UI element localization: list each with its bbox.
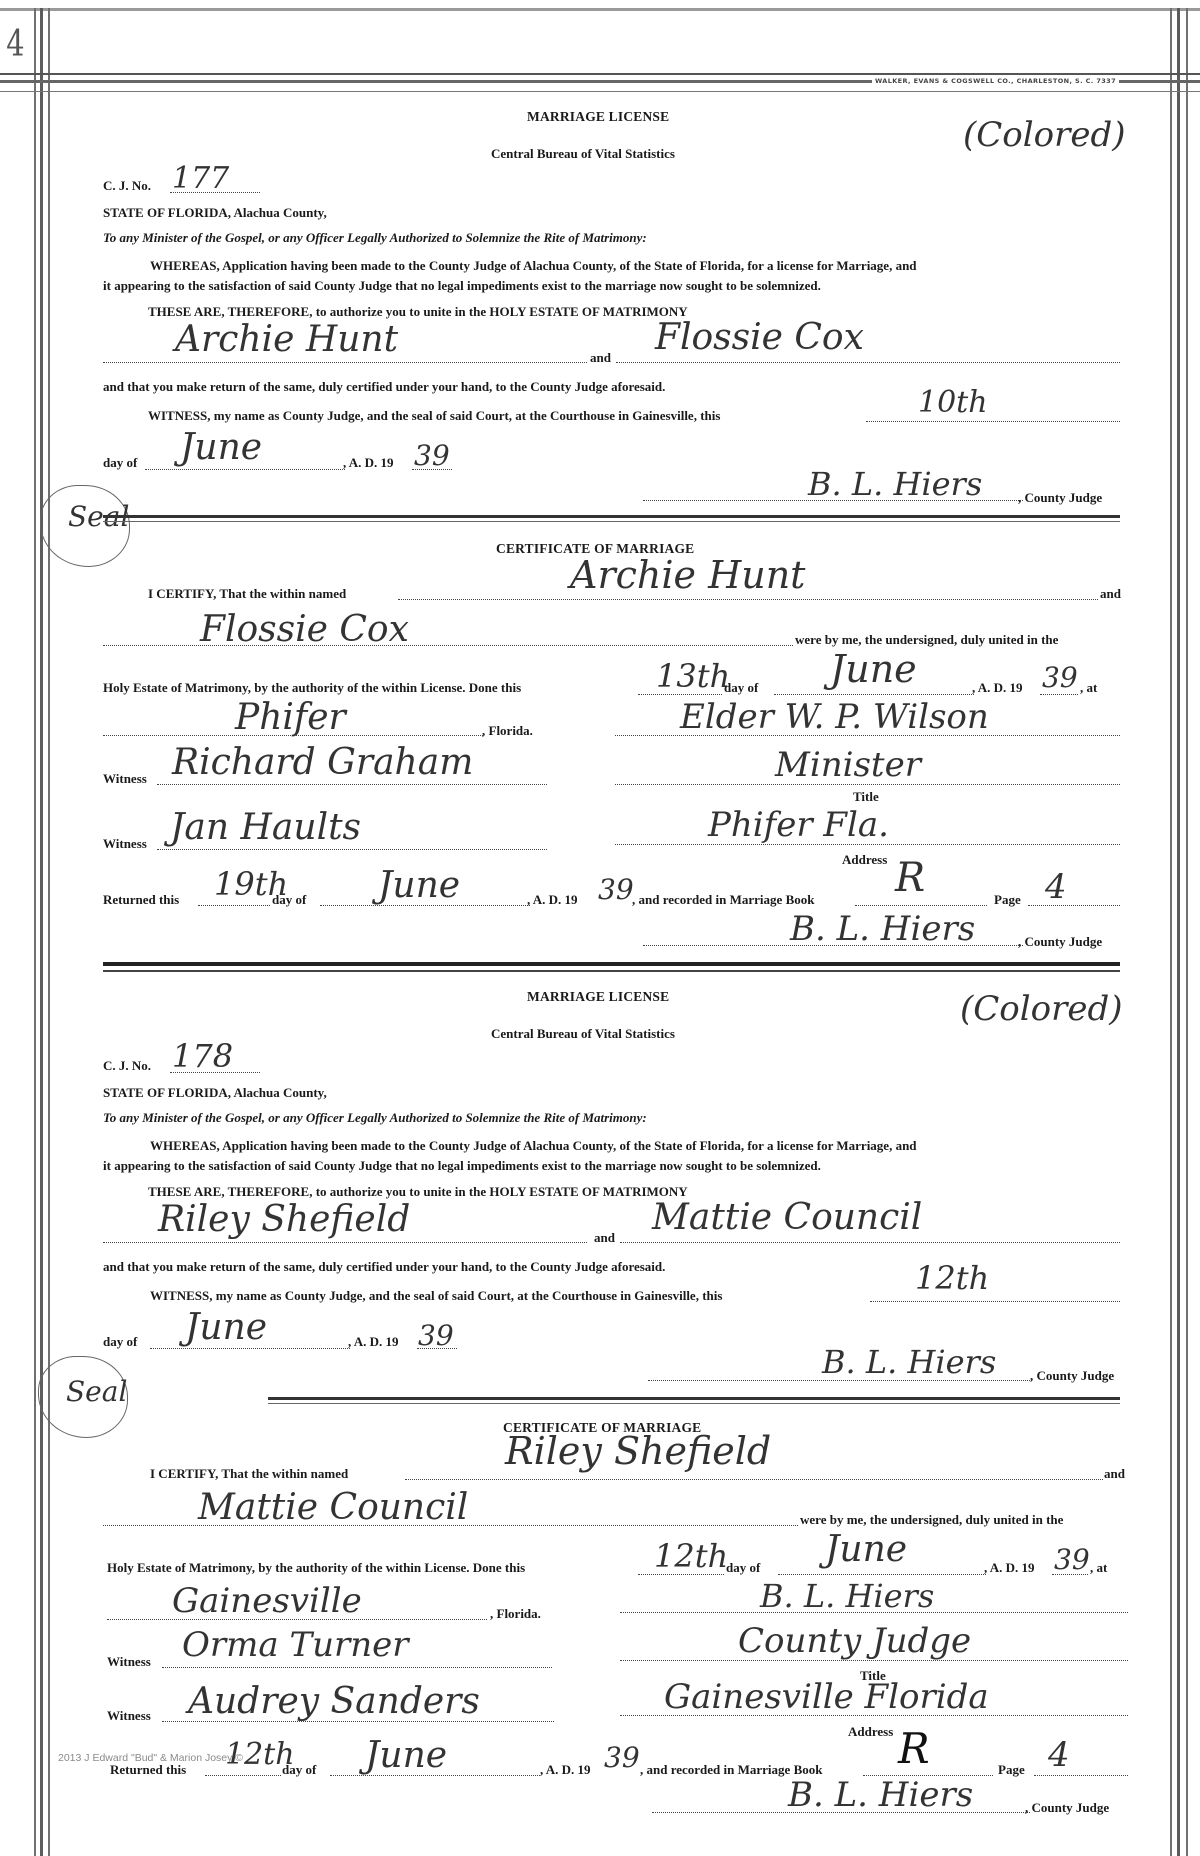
day-of-label: day of xyxy=(272,892,306,908)
county-judge-label: , County Judge xyxy=(1018,490,1102,506)
day-of-label: day of xyxy=(726,1560,760,1576)
place-name: Gainesville xyxy=(172,1584,362,1618)
cert-groom-name: Archie Hunt xyxy=(570,556,805,594)
certify-label: I CERTIFY, That the within named xyxy=(150,1466,348,1482)
page-number: 4 xyxy=(6,24,24,65)
page-value: 4 xyxy=(1048,1738,1070,1772)
printer-imprint: WALKER, EVANS & COGSWELL CO., CHARLESTON… xyxy=(872,77,1119,85)
title-label: Title xyxy=(853,789,879,805)
page-value: 4 xyxy=(1045,870,1067,904)
witness-1-line xyxy=(162,1667,552,1668)
page-label: Page xyxy=(994,892,1021,908)
bureau-label: Central Bureau of Vital Statistics xyxy=(491,1026,675,1042)
witness-1-label: Witness xyxy=(103,771,147,787)
married-day: 13th xyxy=(656,660,730,692)
witness-1-label: Witness xyxy=(107,1654,151,1670)
cert-groom-line xyxy=(398,599,1098,600)
county-judge-label: , County Judge xyxy=(1025,1800,1109,1816)
left-border-line xyxy=(40,8,43,1856)
florida-label: , Florida. xyxy=(490,1606,541,1622)
witness-2-label: Witness xyxy=(103,836,147,852)
license-day: 10th xyxy=(918,388,988,418)
witness-clause: WITNESS, my name as County Judge, and th… xyxy=(150,1288,722,1304)
ad-label: , A. D. 19 xyxy=(540,1762,591,1778)
whereas-line-1: WHEREAS, Application having been made to… xyxy=(150,258,917,274)
were-by-me-label: were by me, the undersigned, duly united… xyxy=(795,632,1058,648)
right-border-line xyxy=(1186,8,1188,1856)
married-month-line xyxy=(774,694,974,695)
race-note: (Colored) xyxy=(963,118,1126,152)
license-year: 39 xyxy=(418,1322,454,1350)
officiant-title: Minister xyxy=(775,748,921,782)
state-line: STATE OF FLORIDA, Alachua County, xyxy=(103,205,327,221)
witness-1-line xyxy=(157,784,547,785)
cert-groom-name: Riley Shefield xyxy=(505,1432,771,1470)
officiant-name: Elder W. P. Wilson xyxy=(680,700,989,734)
groom-line xyxy=(103,1242,587,1243)
return-instruction: and that you make return of the same, du… xyxy=(103,1259,665,1275)
return-judge-signature: B. L. Hiers xyxy=(788,1778,973,1812)
married-year: 39 xyxy=(1054,1546,1090,1574)
license-title: MARRIAGE LICENSE xyxy=(527,989,669,1005)
ad-label: , A. D. 19 xyxy=(527,892,578,908)
witness-1-name: Richard Graham xyxy=(172,745,473,781)
judge-signature: B. L. Hiers xyxy=(808,468,982,500)
section-divider xyxy=(103,515,1120,522)
left-border-line xyxy=(34,8,36,1856)
married-year-line xyxy=(1040,694,1078,695)
holy-estate-label: Holy Estate of Matrimony, by the authori… xyxy=(107,1560,525,1576)
record-divider xyxy=(103,962,1120,966)
book-line xyxy=(855,905,987,906)
right-border-line xyxy=(1170,8,1172,1856)
returned-month: June xyxy=(378,868,460,904)
witness-clause: WITNESS, my name as County Judge, and th… xyxy=(148,408,720,424)
florida-label: , Florida. xyxy=(482,723,533,739)
page-line xyxy=(1034,1775,1128,1776)
header-rule xyxy=(0,73,1200,75)
recorded-label: , and recorded in Marriage Book xyxy=(632,892,814,908)
and-label: and xyxy=(590,350,611,366)
and-label: and xyxy=(594,1230,615,1246)
license-month-line xyxy=(150,1348,350,1349)
returned-month: June xyxy=(365,1738,447,1774)
left-border-line xyxy=(48,8,50,1856)
ad-label: , A. D. 19 xyxy=(343,455,394,471)
day-of-label: day of xyxy=(724,680,758,696)
returned-year: 39 xyxy=(604,1744,640,1772)
race-note: (Colored) xyxy=(960,992,1123,1026)
license-year: 39 xyxy=(414,442,450,470)
right-border-line xyxy=(1177,8,1180,1856)
groom-name: Riley Shefield xyxy=(158,1202,410,1238)
place-name: Phifer xyxy=(235,700,346,736)
and-label: and xyxy=(1100,586,1121,602)
page-line xyxy=(1028,905,1120,906)
officiant-name: B. L. Hiers xyxy=(760,1580,934,1612)
bride-line xyxy=(616,362,1120,363)
were-by-me-label: were by me, the undersigned, duly united… xyxy=(800,1512,1063,1528)
witness-2-name: Jan Haults xyxy=(170,810,361,846)
state-line: STATE OF FLORIDA, Alachua County, xyxy=(103,1085,327,1101)
witness-1-name: Orma Turner xyxy=(182,1628,409,1662)
ad-label: , A. D. 19 xyxy=(972,680,1023,696)
page-top-edge xyxy=(0,8,1200,11)
addressee-line: To any Minister of the Gospel, or any Of… xyxy=(103,1110,647,1126)
authorization-line: THESE ARE, THEREFORE, to authorize you t… xyxy=(148,1184,688,1200)
officiant-address: Phifer Fla. xyxy=(708,808,889,842)
cj-number-label: C. J. No. xyxy=(103,1058,151,1074)
book-value: R xyxy=(895,858,925,898)
return-judge-signature: B. L. Hiers xyxy=(790,912,975,946)
record-divider xyxy=(103,970,1120,972)
returned-this-label: Returned this xyxy=(103,892,179,908)
married-day: 12th xyxy=(654,1540,728,1572)
certify-label: I CERTIFY, That the within named xyxy=(148,586,346,602)
bride-name: Mattie Council xyxy=(652,1200,922,1236)
whereas-line-2: it appearing to the satisfaction of said… xyxy=(103,278,821,294)
day-of-label: day of xyxy=(103,455,137,471)
witness-2-line xyxy=(157,849,547,850)
ad-label: , A. D. 19 xyxy=(348,1334,399,1350)
bureau-label: Central Bureau of Vital Statistics xyxy=(491,146,675,162)
address-label: Address xyxy=(848,1724,893,1740)
officiant-title: County Judge xyxy=(738,1624,971,1658)
and-label: and xyxy=(1104,1466,1125,1482)
bride-name: Flossie Cox xyxy=(655,320,864,356)
county-judge-label: , County Judge xyxy=(1030,1368,1114,1384)
license-title: MARRIAGE LICENSE xyxy=(527,109,669,125)
witness-2-label: Witness xyxy=(107,1708,151,1724)
holy-estate-label: Holy Estate of Matrimony, by the authori… xyxy=(103,680,521,696)
ad-label: , A. D. 19 xyxy=(984,1560,1035,1576)
day-of-label: day of xyxy=(282,1762,316,1778)
header-rule xyxy=(0,91,1200,92)
cj-number-value: 177 xyxy=(172,164,229,194)
license-day: 12th xyxy=(915,1262,989,1294)
section-divider xyxy=(268,1397,1120,1404)
whereas-line-1: WHEREAS, Application having been made to… xyxy=(150,1138,917,1154)
page-label: Page xyxy=(998,1762,1025,1778)
cert-groom-line xyxy=(405,1479,1103,1480)
groom-line xyxy=(103,362,587,363)
license-day-line xyxy=(870,1301,1120,1302)
officiant-address: Gainesville Florida xyxy=(664,1680,989,1714)
license-month: June xyxy=(185,1310,267,1346)
at-label: , at xyxy=(1090,1560,1107,1576)
at-label: , at xyxy=(1080,680,1097,696)
whereas-line-2: it appearing to the satisfaction of said… xyxy=(103,1158,821,1174)
returned-day-line xyxy=(205,1775,281,1776)
book-value: R xyxy=(898,1728,930,1770)
bride-line xyxy=(620,1242,1120,1243)
license-month: June xyxy=(180,430,262,466)
cert-bride-name: Flossie Cox xyxy=(200,612,409,648)
married-month: June xyxy=(830,650,917,688)
license-month-line xyxy=(145,469,345,470)
address-label: Address xyxy=(842,852,887,868)
judge-signature: B. L. Hiers xyxy=(822,1346,996,1378)
married-month-line xyxy=(778,1574,986,1575)
county-judge-label: , County Judge xyxy=(1018,934,1102,950)
license-day-line xyxy=(866,421,1120,422)
groom-name: Archie Hunt xyxy=(175,322,398,358)
day-of-label: day of xyxy=(103,1334,137,1350)
return-instruction: and that you make return of the same, du… xyxy=(103,379,665,395)
cert-bride-name: Mattie Council xyxy=(198,1490,468,1526)
returned-year: 39 xyxy=(598,876,634,904)
cj-number-value: 178 xyxy=(172,1040,233,1072)
married-year: 39 xyxy=(1042,664,1078,692)
addressee-line: To any Minister of the Gospel, or any Of… xyxy=(103,230,647,246)
witness-2-name: Audrey Sanders xyxy=(188,1684,480,1720)
married-month: June xyxy=(825,1532,907,1568)
seal-label: Seal xyxy=(66,1375,127,1408)
returned-day-line xyxy=(198,905,270,906)
returned-this-label: Returned this xyxy=(110,1762,186,1778)
cj-number-label: C. J. No. xyxy=(103,178,151,194)
authorization-line: THESE ARE, THEREFORE, to authorize you t… xyxy=(148,304,688,320)
